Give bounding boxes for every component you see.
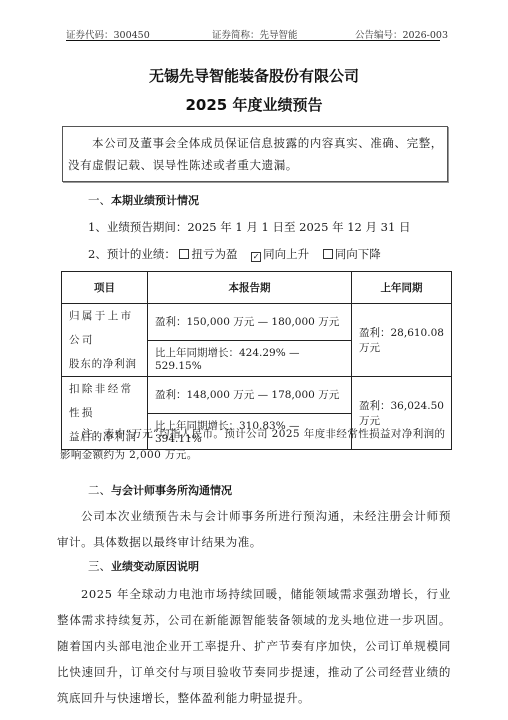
- disclaimer-text: 本公司及董事会全体成员保证信息披露的内容真实、准确、完整，没有虚假记载、误导性陈…: [68, 132, 446, 176]
- section-2-prefix: 二、: [88, 483, 111, 497]
- stock-code: 证券代码：300450: [66, 27, 150, 41]
- disclaimer-box: 本公司及董事会全体成员保证信息披露的内容真实、准确、完整，没有虚假记载、误导性陈…: [62, 126, 448, 182]
- current-profit-range: 盈利：148,000 万元 — 178,000 万元: [148, 377, 352, 414]
- current-profit-range: 盈利：150,000 万元 — 180,000 万元: [148, 304, 352, 341]
- forecast-period: 1、业绩预告期间：2025 年 1 月 1 日至 2025 年 12 月 31 …: [88, 219, 410, 235]
- checkbox-unchecked-icon[interactable]: [323, 249, 333, 259]
- section-1-heading: 一、本期业绩预计情况: [88, 192, 199, 208]
- company-name: 无锡先导智能装备股份有限公司: [0, 65, 508, 86]
- current-growth-range: 比上年同期增长：424.29% — 529.15%: [148, 340, 352, 377]
- section-2-title: 与会计师事务所沟通情况: [111, 484, 232, 497]
- table-header-row: 项目 本报告期 上年同期: [62, 272, 452, 304]
- forecast-type-label: 2、预计的业绩：: [88, 247, 176, 261]
- option-decrease[interactable]: 同向下降: [323, 247, 381, 261]
- section-3-title: 业绩变动原因说明: [111, 560, 199, 573]
- checkbox-unchecked-icon[interactable]: [179, 249, 189, 259]
- checkbox-checked-icon[interactable]: ✓: [251, 252, 261, 262]
- section-3-heading: 三、业绩变动原因说明: [88, 558, 199, 574]
- option-increase[interactable]: ✓同向上升: [251, 247, 309, 261]
- page-number: - 1 -: [0, 692, 508, 702]
- section-1-title: 本期业绩预计情况: [111, 194, 199, 207]
- section-3-prefix: 三、: [88, 559, 111, 573]
- announcement-number: 公告编号：2026-003: [355, 27, 448, 41]
- table-note: 注：表中“万元”均指人民币。预计公司 2025 年度非经常性损益对净利润的影响金…: [60, 424, 452, 466]
- table-row: 扣除非经常性损 益后的净利润 盈利：148,000 万元 — 178,000 万…: [62, 377, 452, 414]
- prior-profit: 盈利：28,610.08 万元: [352, 304, 452, 377]
- header-divider: [66, 40, 440, 41]
- section-2-body: 公司本次业绩预告未与会计师事务所进行预沟通，未经注册会计师预审计。具体数据以最终…: [57, 503, 451, 555]
- col-header-prior: 上年同期: [352, 272, 452, 304]
- col-header-item: 项目: [62, 272, 148, 304]
- forecast-type-row: 2、预计的业绩： 扭亏为盈 ✓同向上升 同向下降: [88, 246, 381, 262]
- row-label-net-profit: 归属于上市公司 股东的净利润: [62, 304, 148, 377]
- col-header-current: 本报告期: [148, 272, 352, 304]
- document-title: 2025 年度业绩预告: [0, 94, 508, 115]
- stock-name: 证券简称：先导智能: [212, 27, 298, 41]
- section-2-heading: 二、与会计师事务所沟通情况: [88, 482, 232, 498]
- table-row: 归属于上市公司 股东的净利润 盈利：150,000 万元 — 180,000 万…: [62, 304, 452, 341]
- option-turnaround[interactable]: 扭亏为盈: [179, 247, 237, 261]
- section-1-prefix: 一、: [88, 193, 111, 207]
